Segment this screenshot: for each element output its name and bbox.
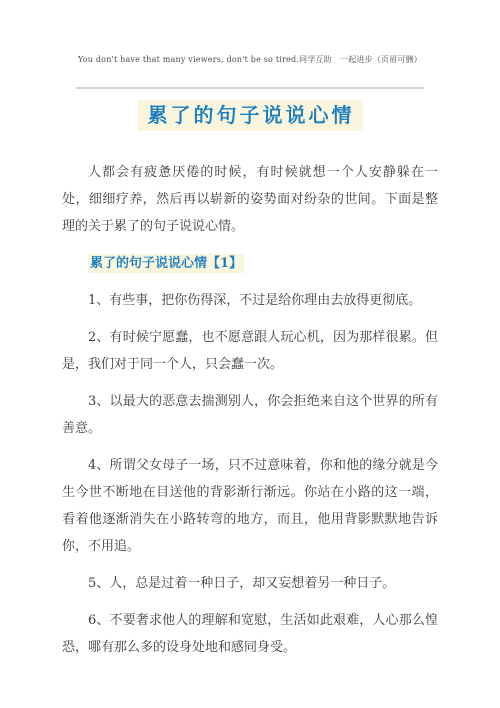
list-item: 3、以最大的恶意去揣测别人，你会拒绝来自这个世界的所有善意。 [62, 388, 438, 442]
document-body: 人都会有疲惫厌倦的时候，有时候就想一个人安静躲在一处，细细疗养，然后再以崭新的姿… [0, 159, 500, 661]
section-heading-row: 累了的句子说说心情【1】 [62, 250, 438, 277]
title-row: 累了的句子说说心情 [0, 100, 500, 131]
page-header-note: You don't have that many viewers, don't … [0, 0, 500, 65]
list-item: 4、所谓父女母子一场，只不过意味着，你和他的缘分就是今生今世不断地在目送他的背影… [62, 452, 438, 560]
list-item: 1、有些事，把你伤得深，不过是给你理由去放得更彻底。 [62, 287, 438, 314]
section-heading: 累了的句子说说心情【1】 [88, 254, 244, 273]
list-item: 6、不要奢求他人的理解和宽慰，生活如此艰难，人心那么惶恐，哪有那么多的设身处地和… [62, 607, 438, 661]
list-item: 2、有时候宁愿蠢，也不愿意跟人玩心机，因为那样很累。但是，我们对于同一个人，只会… [62, 324, 438, 378]
header-divider [76, 87, 424, 89]
list-item: 5、人，总是过着一种日子，却又妄想着另一种日子。 [62, 570, 438, 597]
page-title: 累了的句子说说心情 [138, 100, 363, 131]
intro-paragraph: 人都会有疲惫厌倦的时候，有时候就想一个人安静躲在一处，细细疗养，然后再以崭新的姿… [62, 159, 438, 240]
document-page: You don't have that many viewers, don't … [0, 0, 500, 708]
